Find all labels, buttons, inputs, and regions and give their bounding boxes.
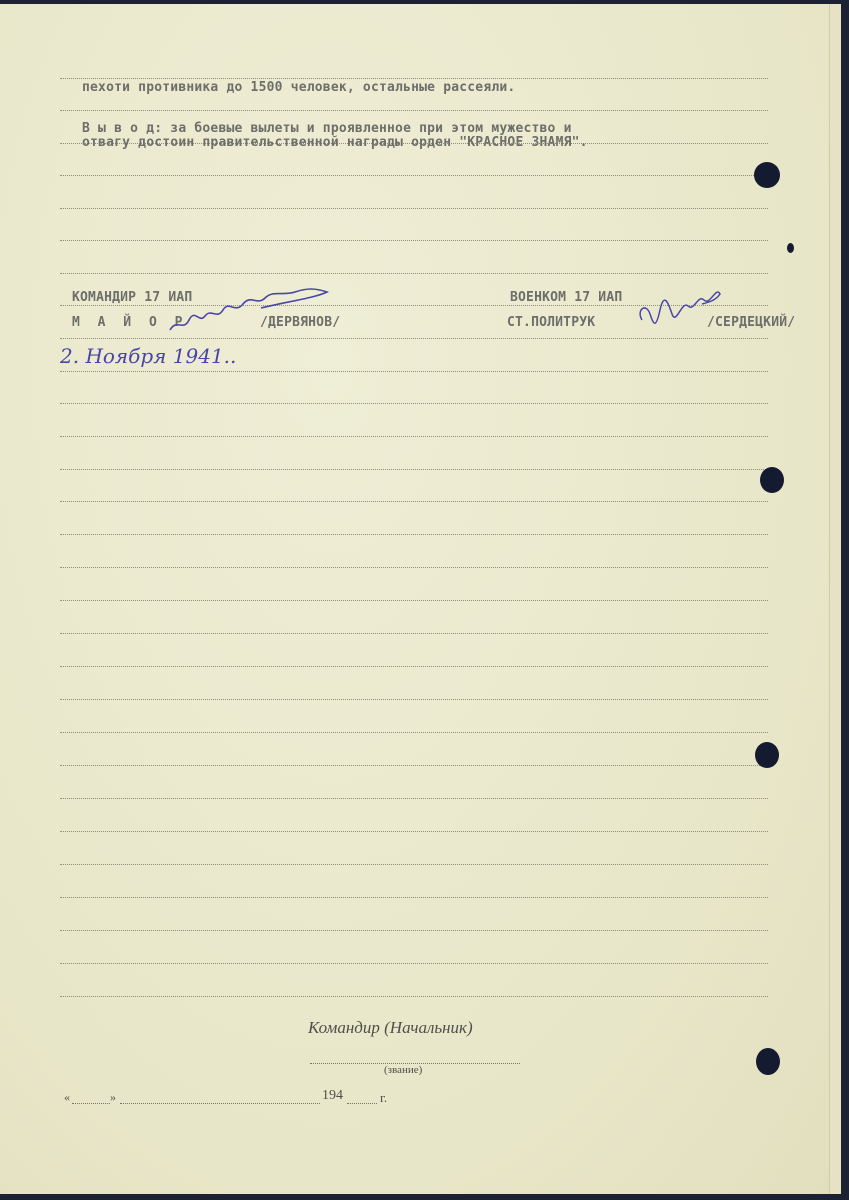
ruled-line [60,436,768,437]
ruled-line [60,831,768,832]
ruled-line [60,600,768,601]
punch-hole [760,467,784,493]
ruled-line [60,273,768,274]
ruled-line [60,469,768,470]
ruled-line [60,765,768,766]
ruled-line [60,798,768,799]
punch-hole [787,243,794,253]
ruled-line [60,78,768,79]
ruled-line [60,699,768,700]
ruled-line [60,110,768,111]
commander-signature [165,280,335,340]
ruled-line [60,633,768,634]
form-footer-title: Командир (Начальник) [308,1018,473,1038]
date-close-quote: » [110,1090,116,1105]
ruled-line [60,963,768,964]
punch-hole [756,1048,780,1075]
ruled-line [60,567,768,568]
date-open-quote: « [64,1090,70,1105]
month-fill-line [120,1103,320,1104]
commissar-signature [632,280,727,335]
ruled-line [60,996,768,997]
ruled-line [60,371,768,372]
punch-hole [755,742,779,768]
year-prefix: 194 [322,1088,343,1104]
year-fill-line [347,1103,377,1104]
ruled-line [60,175,768,176]
ruled-line [60,208,768,209]
commissar-position: ВОЕНКОМ 17 ИАП [510,290,622,305]
ruled-line [60,864,768,865]
handwritten-date: 2. Ноября 1941.. [60,344,236,368]
year-suffix: г. [380,1090,387,1106]
ruled-line [60,534,768,535]
scan-border [841,0,849,1200]
conclusion-line-1: В ы в о д: за боевые вылеты и проявленно… [82,121,572,136]
ruled-line [60,930,768,931]
conclusion-line-2: отвагу достоин правительственной награды… [82,135,588,150]
ruled-line [60,732,768,733]
body-line-1: пехоти противника до 1500 человек, остал… [82,80,515,95]
ruled-line [60,240,768,241]
punch-hole [754,162,780,188]
ruled-line [60,501,768,502]
commissar-rank: СТ.ПОЛИТРУК [507,315,595,330]
ruled-line [60,666,768,667]
ruled-line [60,897,768,898]
day-fill-line [72,1103,110,1104]
document-page [0,4,829,1194]
rank-label: (звание) [384,1064,422,1076]
ruled-line [60,403,768,404]
